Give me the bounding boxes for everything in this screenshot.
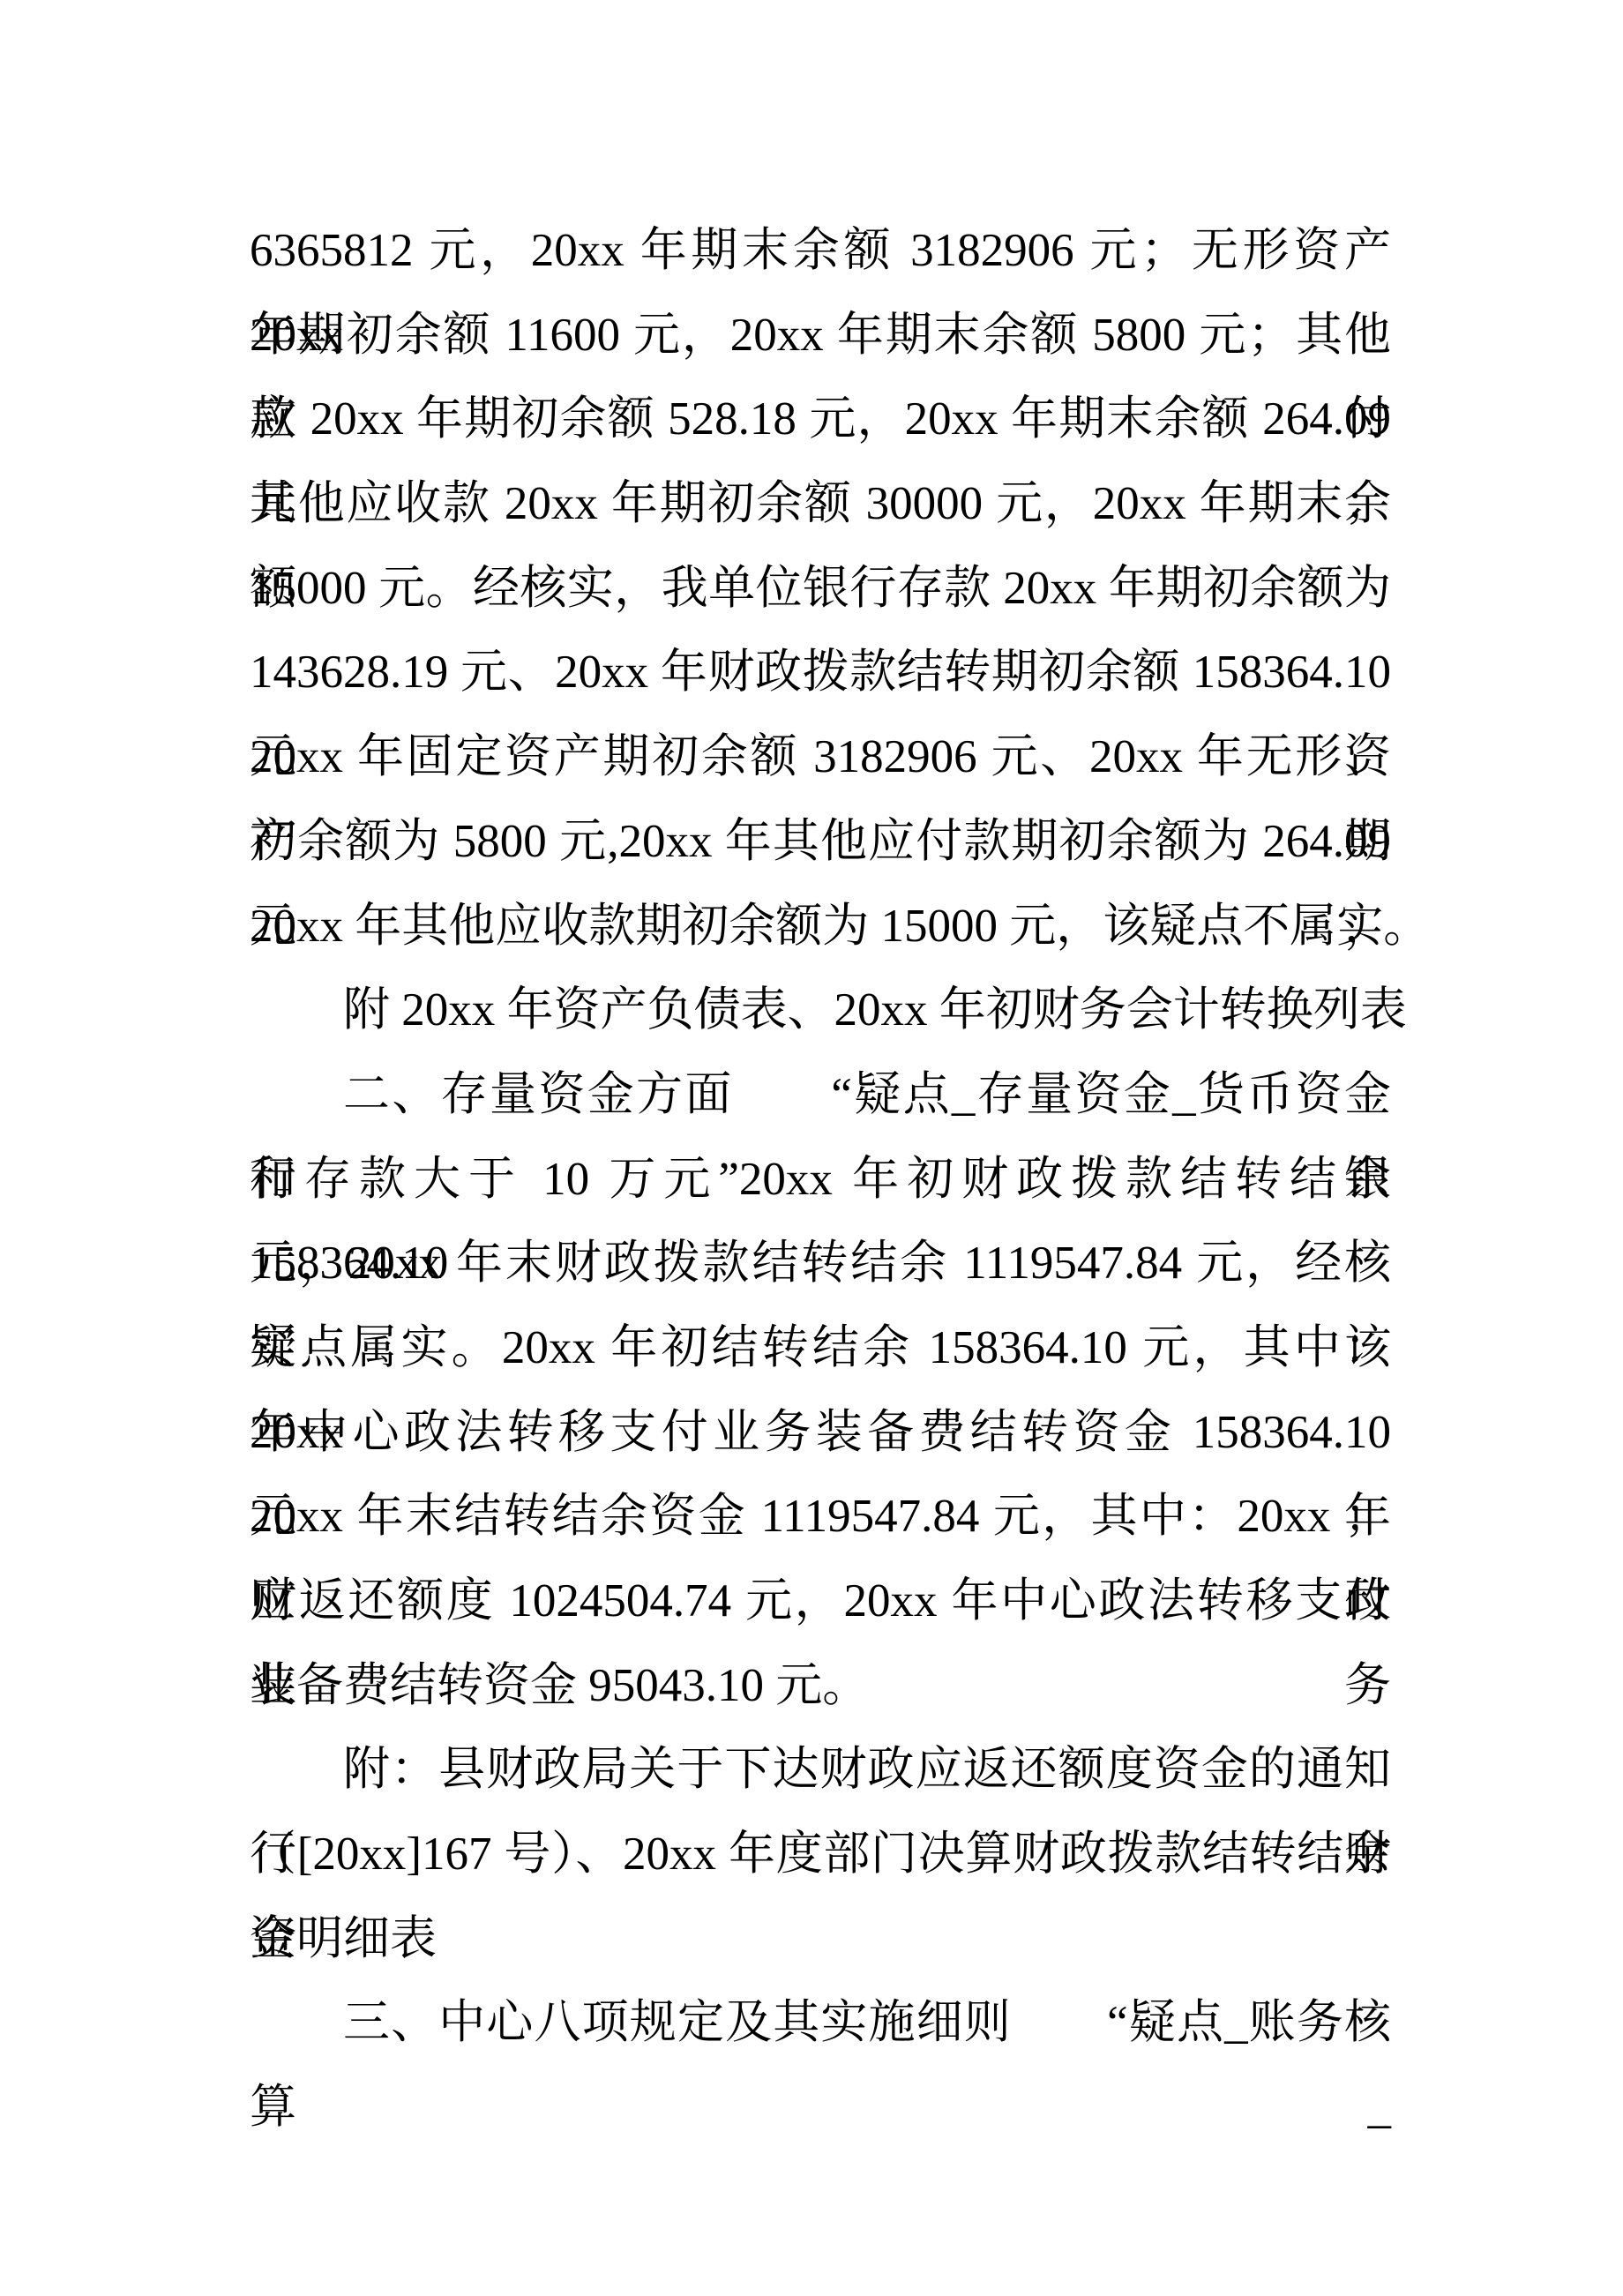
text-line: 金明细表 — [250, 1897, 1391, 1982]
text-line: 元，20xx 年末财政拨款结转结余 1119547.84 元，经核实该 — [250, 1222, 1391, 1306]
paragraph-attachment-note-1: 附 20xx 年资产负债表、20xx 年初财务会计转换列表 — [250, 969, 1391, 1053]
text-line: 年中心政法转移支付业务装备费结转资金 158364.10 元； — [250, 1391, 1391, 1476]
document-text: 6365812 元，20xx 年期末余额 3182906 元；无形资产 20xx… — [250, 209, 1391, 2066]
text-line: 行[20xx]167 号）、20xx 年度部门决算财政拨款结转结余资 — [250, 1813, 1391, 1897]
paragraph-balance-verification: 6365812 元，20xx 年期末余额 3182906 元；无形资产 20xx… — [250, 209, 1391, 969]
text-line: 疑点属实。20xx 年初结转结余 158364.10 元，其中：20xx — [250, 1306, 1391, 1391]
paragraph-section-3-eight-regulations: 三、中心八项规定及其实施细则 “疑点_账务核算_ — [250, 1981, 1391, 2066]
paragraph-section-2-stock-funds: 二、存量资金方面 “疑点_存量资金_货币资金和银 行存款大于 10 万元”20x… — [250, 1053, 1391, 1729]
text-line: 15000 元。经核实，我单位银行存款 20xx 年期初余额为 — [250, 547, 1391, 632]
document-page: 6365812 元，20xx 年期末余额 3182906 元；无形资产 20xx… — [0, 0, 1623, 2296]
text-line: 附 20xx 年资产负债表、20xx 年初财务会计转换列表 — [250, 969, 1391, 1053]
text-line: 6365812 元，20xx 年期末余额 3182906 元；无形资产 20xx — [250, 209, 1391, 294]
text-line: 20xx 年末结转结余资金 1119547.84 元，其中：20xx 年财政 — [250, 1475, 1391, 1559]
text-line: 应返还额度 1024504.74 元，20xx 年中心政法转移支付业务 — [250, 1559, 1391, 1644]
text-line: 三、中心八项规定及其实施细则 “疑点_账务核算_ — [250, 1981, 1391, 2066]
text-line: 附：县财政局关于下达财政应返还额度资金的通知（财 — [250, 1728, 1391, 1813]
text-line: 行存款大于 10 万元”20xx 年初财政拨款结转结余 158364.10 — [250, 1138, 1391, 1223]
text-line: 款 20xx 年期初余额 528.18 元，20xx 年期末余额 264.09 … — [250, 378, 1391, 462]
text-line: 初余额为 5800 元,20xx 年其他应付款期初余额为 264.09 元， — [250, 800, 1391, 885]
text-line: 年期初余额 11600 元，20xx 年期末余额 5800 元；其他应付 — [250, 294, 1391, 378]
text-line: 20xx 年固定资产期初余额 3182906 元、20xx 年无形资产期 — [250, 715, 1391, 800]
text-line: 143628.19 元、20xx 年财政拨款结转期初余额 158364.10 元… — [250, 631, 1391, 715]
text-line: 20xx 年其他应收款期初余额为 15000 元，该疑点不属实。 — [250, 885, 1391, 969]
text-line: 其他应收款 20xx 年期初余额 30000 元，20xx 年期末余额 — [250, 462, 1391, 547]
paragraph-attachment-note-2: 附：县财政局关于下达财政应返还额度资金的通知（财 行[20xx]167 号）、2… — [250, 1728, 1391, 1981]
text-line: 二、存量资金方面 “疑点_存量资金_货币资金和银 — [250, 1053, 1391, 1138]
